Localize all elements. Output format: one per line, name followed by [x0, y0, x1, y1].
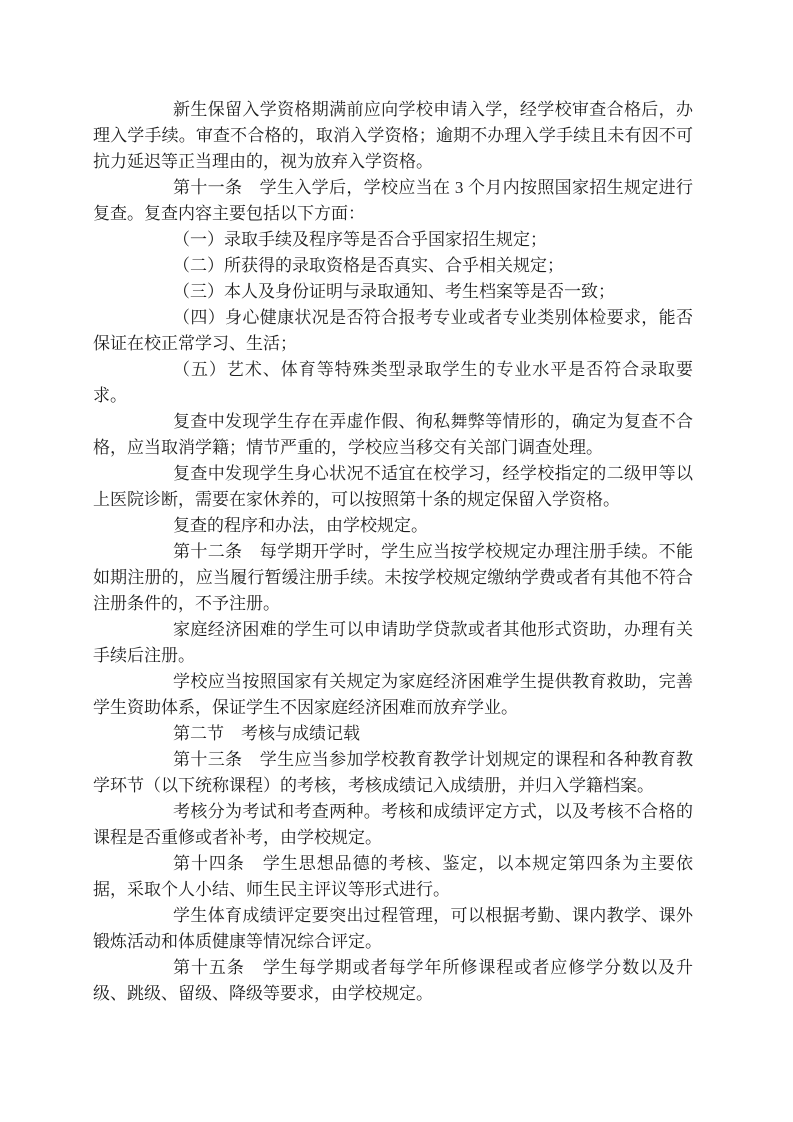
paragraph: 复查中发现学生身心状况不适宜在校学习，经学校指定的二级甲等以上医院诊断，需要在家…: [93, 461, 693, 513]
paragraph: 第十五条 学生每学期或者每学年所修课程或者应修学分数以及升级、跳级、留级、降级等…: [93, 955, 693, 1007]
paragraph: 学校应当按照国家有关规定为家庭经济困难学生提供教育救助，完善学生资助体系，保证学…: [93, 669, 693, 721]
paragraph: 第十二条 每学期开学时，学生应当按学校规定办理注册手续。不能如期注册的，应当履行…: [93, 539, 693, 617]
paragraph: 学生体育成绩评定要突出过程管理，可以根据考勤、课内教学、课外锻炼活动和体质健康等…: [93, 903, 693, 955]
paragraph: 第十四条 学生思想品德的考核、鉴定，以本规定第四条为主要依据，采取个人小结、师生…: [93, 851, 693, 903]
paragraph: 家庭经济困难的学生可以申请助学贷款或者其他形式资助，办理有关手续后注册。: [93, 617, 693, 669]
document-page: 新生保留入学资格期满前应向学校申请入学，经学校审查合格后，办理入学手续。审查不合…: [0, 0, 793, 1122]
document-text-block: 新生保留入学资格期满前应向学校申请入学，经学校审查合格后，办理入学手续。审查不合…: [93, 97, 693, 1007]
paragraph: 新生保留入学资格期满前应向学校申请入学，经学校审查合格后，办理入学手续。审查不合…: [93, 97, 693, 175]
paragraph: （三）本人及身份证明与录取通知、考生档案等是否一致；: [93, 279, 693, 305]
paragraph: 复查的程序和办法，由学校规定。: [93, 513, 693, 539]
paragraph: 第十三条 学生应当参加学校教育教学计划规定的课程和各种教育教学环节（以下统称课程…: [93, 747, 693, 799]
paragraph: 复查中发现学生存在弄虚作假、徇私舞弊等情形的，确定为复查不合格，应当取消学籍；情…: [93, 409, 693, 461]
paragraph: 第二节 考核与成绩记载: [93, 721, 693, 747]
paragraph: （四）身心健康状况是否符合报考专业或者专业类别体检要求，能否保证在校正常学习、生…: [93, 305, 693, 357]
paragraph: （一）录取手续及程序等是否合乎国家招生规定；: [93, 227, 693, 253]
paragraph: 第十一条 学生入学后，学校应当在 3 个月内按照国家招生规定进行复查。复查内容主…: [93, 175, 693, 227]
paragraph: 考核分为考试和考查两种。考核和成绩评定方式，以及考核不合格的课程是否重修或者补考…: [93, 799, 693, 851]
paragraph: （二）所获得的录取资格是否真实、合乎相关规定；: [93, 253, 693, 279]
paragraph: （五）艺术、体育等特殊类型录取学生的专业水平是否符合录取要求。: [93, 357, 693, 409]
